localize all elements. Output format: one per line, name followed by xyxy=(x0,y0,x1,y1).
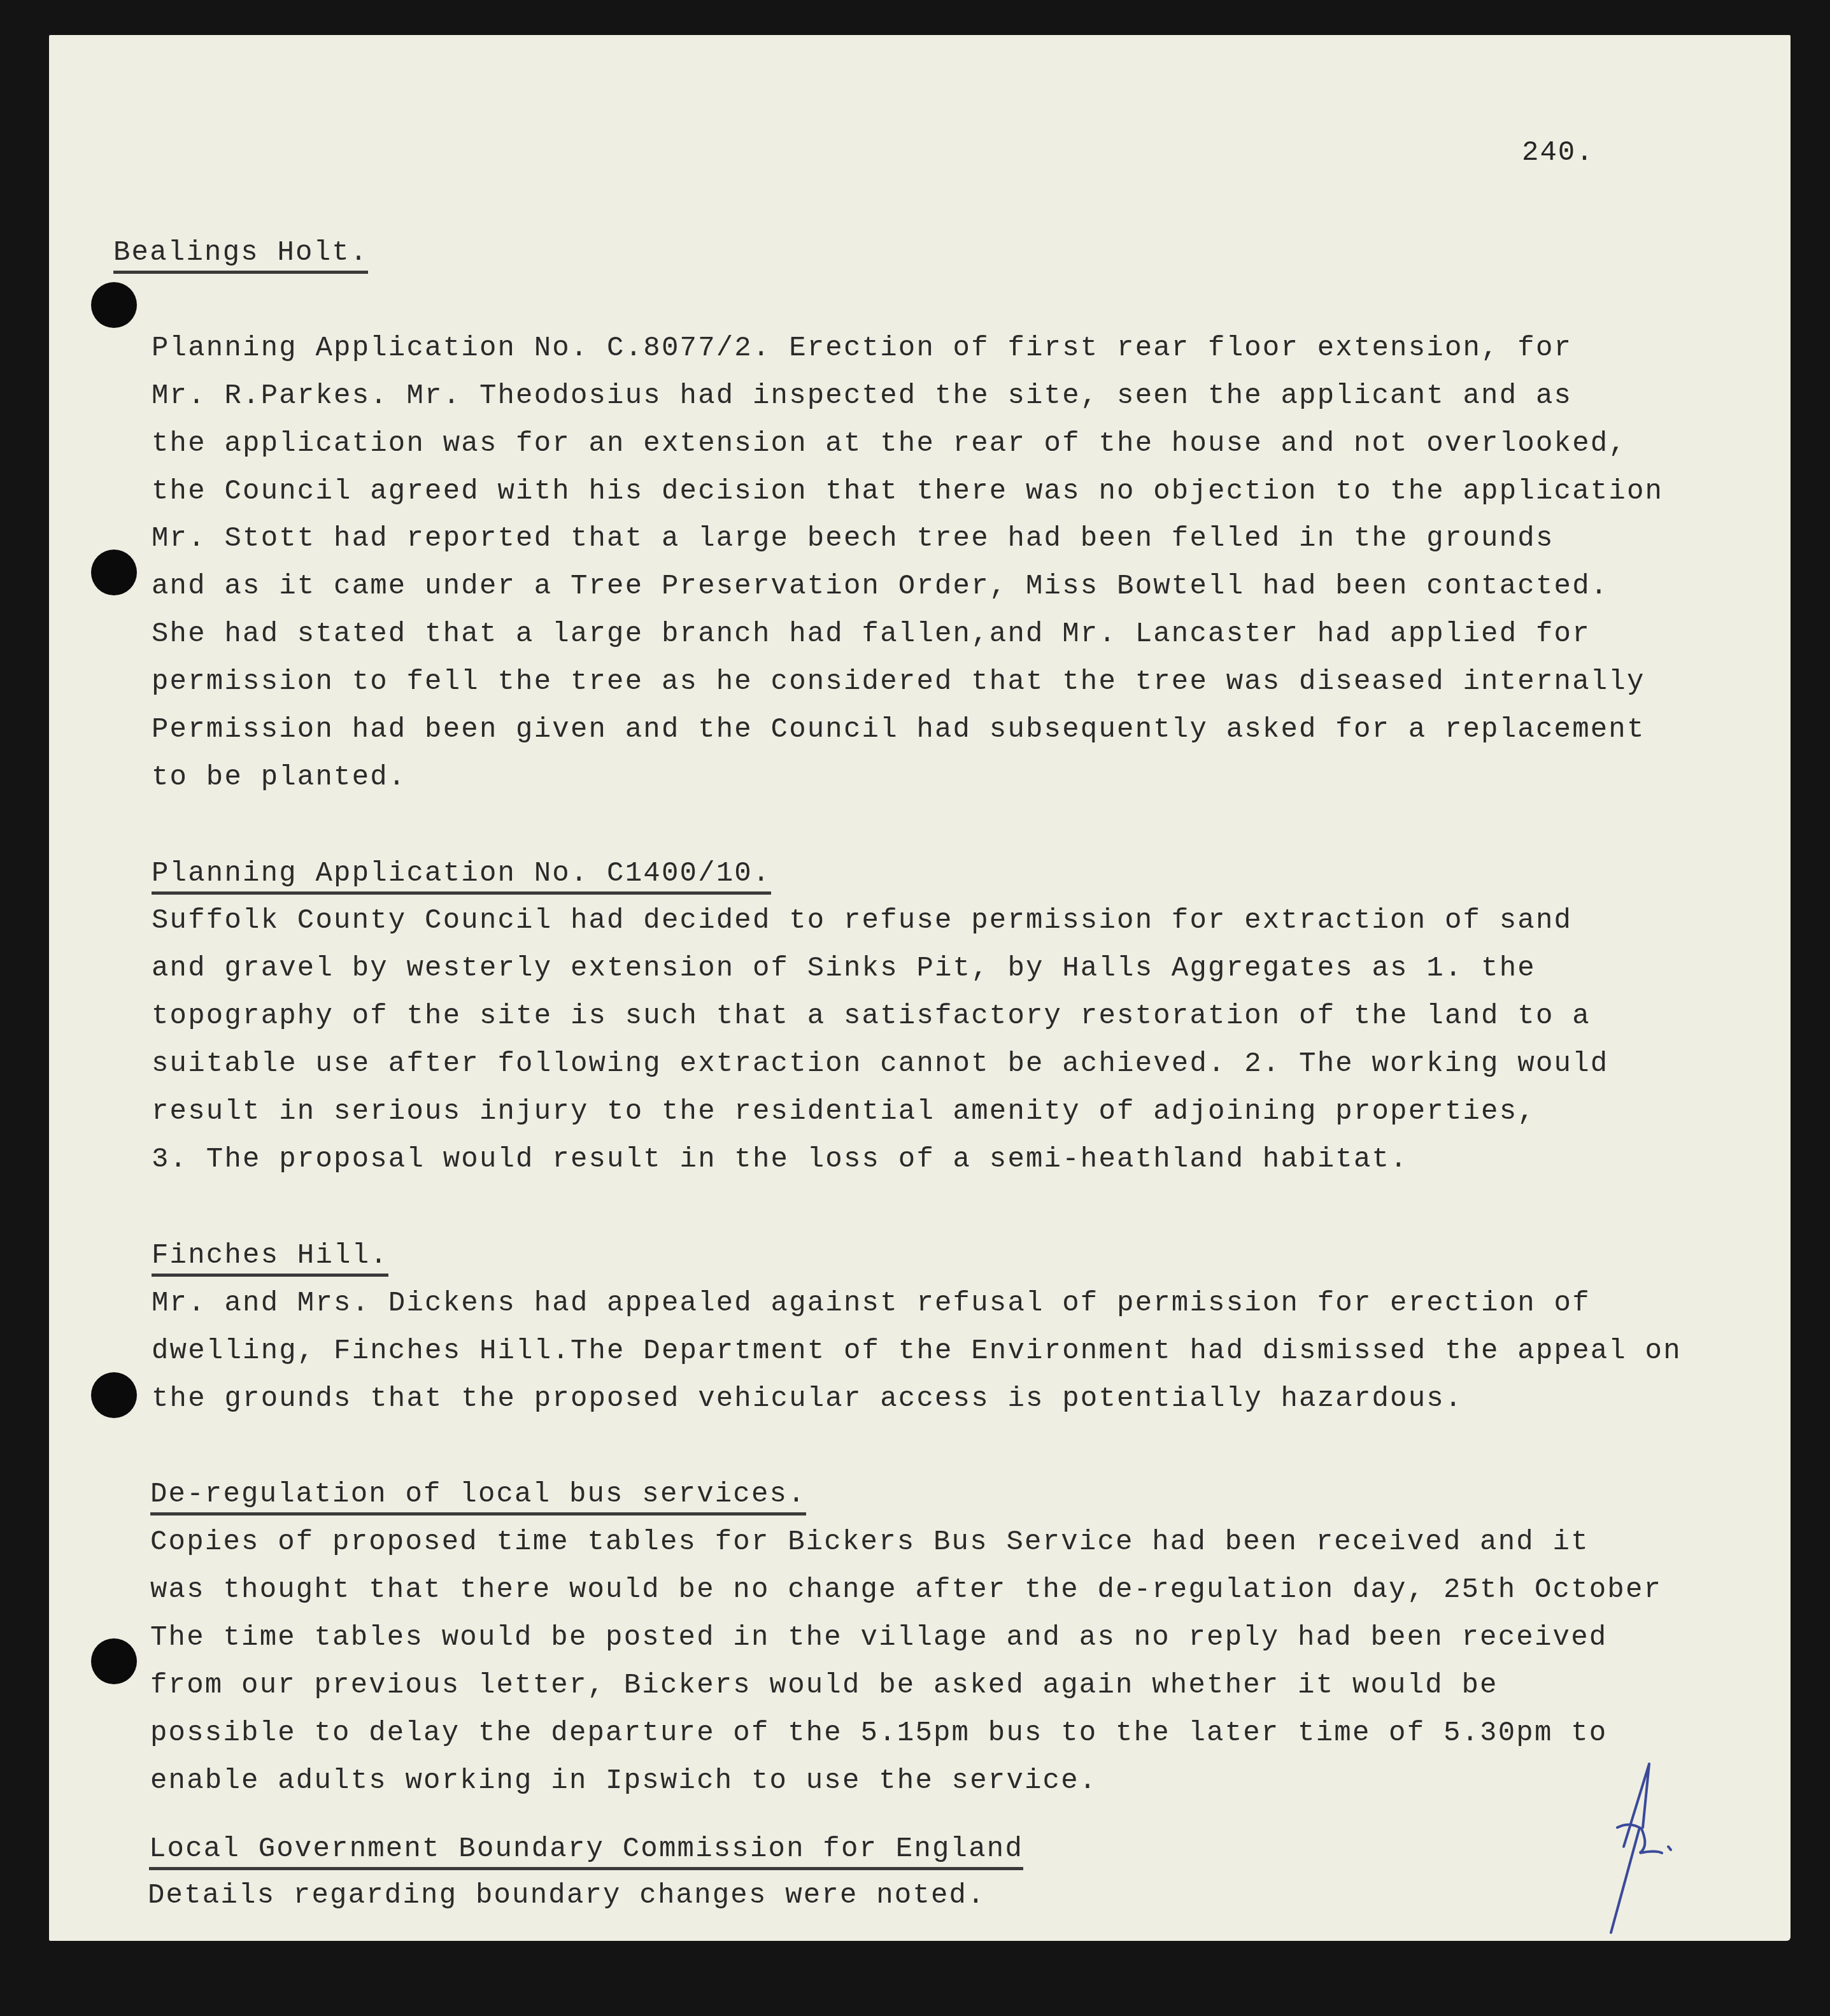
section-heading-planning-application: Planning Application No. C1400/10. xyxy=(152,860,771,895)
handwritten-initials-icon xyxy=(1605,1757,1694,1936)
punch-hole xyxy=(91,282,137,328)
paragraph-line: permission to fell the tree as he consid… xyxy=(152,668,1645,696)
paragraph-line: Details regarding boundary changes were … xyxy=(148,1882,986,1910)
paragraph-line: She had stated that a large branch had f… xyxy=(152,620,1591,648)
paragraph-line: Mr. R.Parkes. Mr. Theodosius had inspect… xyxy=(152,382,1572,410)
paragraph-line: topography of the site is such that a sa… xyxy=(152,1002,1591,1030)
paragraph-line: Copies of proposed time tables for Bicke… xyxy=(150,1528,1589,1556)
paragraph-line: the grounds that the proposed vehicular … xyxy=(152,1385,1463,1413)
paragraph-line: and as it came under a Tree Preservation… xyxy=(152,572,1608,600)
paragraph-line: to be planted. xyxy=(152,763,406,791)
paragraph-line: enable adults working in Ipswich to use … xyxy=(150,1767,1097,1795)
paragraph-line: the Council agreed with his decision tha… xyxy=(152,478,1663,506)
paragraph-line: suitable use after following extraction … xyxy=(152,1050,1608,1078)
paragraph-line: Mr. and Mrs. Dickens had appealed agains… xyxy=(152,1289,1591,1317)
punch-hole xyxy=(91,1372,137,1418)
punch-hole xyxy=(91,1638,137,1684)
paragraph-line: 3. The proposal would result in the loss… xyxy=(152,1146,1408,1174)
document-page xyxy=(49,35,1791,1941)
paragraph-line: the application was for an extension at … xyxy=(152,430,1627,458)
paragraph-line: from our previous letter, Bickers would … xyxy=(150,1672,1498,1700)
page-number: 240. xyxy=(1522,137,1594,169)
paragraph-line: and gravel by westerly extension of Sink… xyxy=(152,955,1536,983)
paragraph-line: Planning Application No. C.8077/2. Erect… xyxy=(152,334,1572,362)
paragraph-line: Mr. Stott had reported that a large beec… xyxy=(152,525,1554,553)
paragraph-line: dwelling, Finches Hill.The Department of… xyxy=(152,1337,1682,1365)
paragraph-line: was thought that there would be no chang… xyxy=(150,1576,1662,1604)
section-heading-finches-hill: Finches Hill. xyxy=(152,1242,388,1277)
section-heading-bus-deregulation: De-regulation of local bus services. xyxy=(150,1480,806,1516)
paragraph-line: Permission had been given and the Counci… xyxy=(152,716,1645,744)
punch-hole xyxy=(91,550,137,595)
paragraph-line: Suffolk County Council had decided to re… xyxy=(152,907,1572,935)
paragraph-line: result in serious injury to the resident… xyxy=(152,1098,1536,1126)
section-heading-boundary-commission: Local Government Boundary Commission for… xyxy=(149,1835,1023,1870)
paragraph-line: possible to delay the departure of the 5… xyxy=(150,1719,1607,1747)
paragraph-line: The time tables would be posted in the v… xyxy=(150,1624,1607,1652)
section-heading-bealings-holt: Bealings Holt. xyxy=(113,239,368,274)
